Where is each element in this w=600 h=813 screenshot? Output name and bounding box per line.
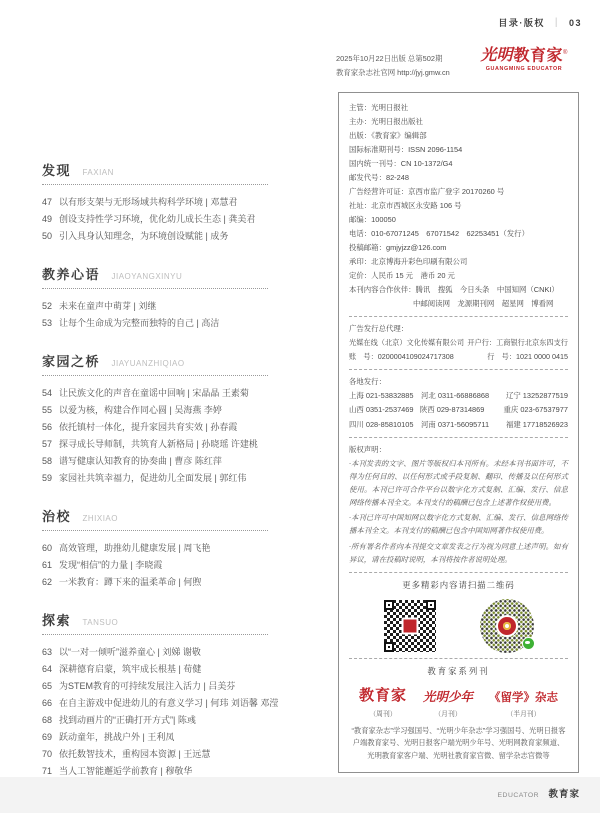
toc-item-page: 66	[42, 695, 55, 712]
section-pinyin: JIAOYANGXINYU	[111, 272, 182, 281]
toc-item-page: 55	[42, 402, 55, 419]
toc-item-text: 以“一对一倾听”滋养童心 | 刘娣 谢敬	[59, 647, 201, 657]
toc-item: 58谱写健康认知教育的协奏曲 | 曹彦 陈红萍	[42, 453, 332, 470]
agency-account-number: 账 号：0200004109024717308	[349, 350, 454, 364]
toc-item-text: 跃动童年，挑战户外 | 王利凤	[59, 732, 174, 742]
toc-item: 69跃动童年，挑战户外 | 王利凤	[42, 729, 332, 746]
toc-item-page: 52	[42, 298, 55, 315]
distribution-cell: 陕西 029-87314869	[420, 403, 504, 417]
series-row: 教育家 （周刊） 光明少年 （月刊） 《留学》杂志 （半月刊）	[349, 684, 568, 718]
agency-heading: 广告发行总代理：	[349, 322, 568, 336]
toc-item-page: 56	[42, 419, 55, 436]
distribution-cell: 河北 0311-66886868	[421, 389, 506, 403]
distribution-cell: 辽宁 13252877519	[506, 389, 568, 403]
toc-item-page: 50	[42, 228, 55, 245]
distribution-row: 四川 028-85810105 河南 0371-56095711 福建 1771…	[349, 418, 568, 432]
section-header: 探索 TANSUO	[42, 610, 332, 630]
toc-item-text: 当人工智能邂逅学前教育 | 穆敬华	[59, 766, 192, 776]
dashed-divider	[349, 316, 568, 317]
toc-item-text: 为STEM教育的可持续发展注入活力 | 吕美芬	[59, 681, 235, 691]
toc-item: 50引入具身认知理念，为环境创设赋能 | 成务	[42, 228, 332, 245]
toc-item: 62一米教育：蹲下来的温柔革命 | 何煦	[42, 574, 332, 591]
toc-item-text: 找到动画片的“正确打开方式”| 陈彧	[59, 715, 196, 725]
toc-item-text: 以有形支架与无形场域共构科学环境 | 邓慧君	[59, 197, 237, 207]
section-header: 教养心语 JIAOYANGXINYU	[42, 264, 332, 284]
toc-item-text: 深耕德育启蒙，筑牢成长根基 | 荀健	[59, 664, 201, 674]
distribution-cell: 福建 17718526923	[506, 418, 568, 432]
toc-item-page: 54	[42, 385, 55, 402]
distribution-cell: 上海 021-53832885	[349, 389, 421, 403]
toc-item-page: 49	[42, 211, 55, 228]
section-title: 家园之桥	[42, 354, 100, 369]
toc-item: 61发现“相信”的力量 | 李晓霞	[42, 557, 332, 574]
toc-item-text: 依托镇村一体化，提升家园共育实效 | 孙春霞	[59, 422, 237, 432]
agency-row: 光媒在线（北京）文化传媒有限公司 开户行：工商银行北京东四支行	[349, 336, 568, 350]
distribution-cell: 河南 0371-56095711	[421, 418, 506, 432]
dashed-divider	[349, 369, 568, 370]
colophon-box: 主管：光明日报社 主办：光明日报出版社 出版：《教育家》编辑部 国际标准期刊号：…	[338, 92, 579, 773]
toc-item: 56依托镇村一体化，提升家园共育实效 | 孙春霞	[42, 419, 332, 436]
section-pinyin: FAXIAN	[82, 168, 113, 177]
colophon-line: 邮编：100050	[349, 213, 568, 227]
dashed-divider	[349, 437, 568, 438]
dashed-divider	[349, 572, 568, 573]
colophon-line: 国内统一刊号：CN 10-1372/G4	[349, 157, 568, 171]
section-title: 探索	[42, 613, 71, 628]
toc-item-text: 创设支持性学习环境，优化幼儿成长生态 | 龚美君	[59, 214, 255, 224]
toc-item: 66在自主游戏中促进幼儿的有意义学习 | 何玮 刘语馨 邓滢	[42, 695, 332, 712]
copyright-paragraph: ·所有署名作者向本刊提交文章发表之行为视为同意上述声明。如有异议，请在投稿时说明…	[349, 541, 568, 567]
header-separator: |	[555, 17, 559, 28]
series-logo-text: 《留学》杂志	[489, 689, 558, 705]
dotted-rule	[42, 288, 268, 289]
logo-script-text: 光明	[481, 47, 513, 64]
wechat-icon	[522, 637, 535, 650]
section-pinyin: TANSUO	[82, 618, 118, 627]
colophon-line: 出版：《教育家》编辑部	[349, 129, 568, 143]
section-header: 治校 ZHIXIAO	[42, 506, 332, 526]
distribution-row: 山西 0351-2537469 陕西 029-87314869 重庆 023-6…	[349, 403, 568, 417]
colophon-line: 承印：北京博海升彩色印刷有限公司	[349, 255, 568, 269]
copyright-paragraph: ·本刊发表的文字、图片等版权归本刊所有。未经本刊书面许可，不得为任何目的、以任何…	[349, 458, 568, 509]
toc-item-page: 57	[42, 436, 55, 453]
section-pinyin: ZHIXIAO	[82, 514, 118, 523]
section-pinyin: JIAYUANZHIQIAO	[111, 359, 184, 368]
page-header: 目录·版权 | 03	[498, 16, 582, 29]
publication-date-line: 2025年10月22日出版 总第502期	[336, 52, 450, 66]
official-site-line: 教育家杂志社官网 http://jyj.gmw.cn	[336, 66, 450, 80]
toc-item-page: 70	[42, 746, 55, 763]
toc-item: 64深耕德育启蒙，筑牢成长根基 | 荀健	[42, 661, 332, 678]
toc-section-jiaoyangxinyu: 教养心语 JIAOYANGXINYU 52未来在童声中萌芽 | 刘继 53让每个…	[42, 264, 332, 332]
colophon-line: 投稿邮箱：gmjyjzz@126.com	[349, 241, 568, 255]
colophon-line: 邮发代号：82-248	[349, 171, 568, 185]
toc-item-text: 让民族文化的声音在童谣中回响 | 宋晶晶 王素菊	[59, 388, 249, 398]
toc-item-text: 探寻成长导师制，共筑育人新格局 | 孙晓瑶 许建桃	[59, 439, 258, 449]
series-frequency: （月刊）	[423, 708, 473, 718]
qr-finder-icon	[384, 600, 394, 610]
series-heading: 教育家系列刊	[349, 665, 568, 677]
section-header: 家园之桥 JIAYUANZHIQIAO	[42, 351, 332, 371]
toc-item-text: 谱写健康认知教育的协奏曲 | 曹彦 陈红萍	[59, 456, 222, 466]
breadcrumb: 目录·版权	[498, 16, 545, 29]
colophon-line: 广告经营许可证：京西市监广登字 20170260 号	[349, 185, 568, 199]
toc-item: 54让民族文化的声音在童谣中回响 | 宋晶晶 王素菊	[42, 385, 332, 402]
colophon-line: 电话：010-67071245 67071542 62253451（发行）	[349, 227, 568, 241]
dotted-rule	[42, 184, 268, 185]
qr-finder-icon	[384, 642, 394, 652]
series-accounts-list: “教育家杂志”学习强国号、“光明少年杂志”学习强国号、光明日报客户端教育家号、光…	[349, 725, 568, 763]
registered-mark-icon: ®	[563, 50, 567, 56]
distribution-heading: 各地发行：	[349, 375, 568, 389]
toc-item-page: 63	[42, 644, 55, 661]
copyright-paragraph: ·本刊已许可中国知网以数字化方式复制、汇编、发行、信息网络传播本刊全文。本刊支付…	[349, 512, 568, 538]
qr-code-official	[384, 600, 436, 652]
toc-section-tansuo: 探索 TANSUO 63以“一对一倾听”滋养童心 | 刘娣 谢敬 64深耕德育启…	[42, 610, 332, 797]
toc-item-text: 家园社共筑幸福力，促进幼儿全面发展 | 郭红伟	[59, 473, 246, 483]
toc-item: 65为STEM教育的可持续发展注入活力 | 吕美芬	[42, 678, 332, 695]
toc-item-page: 53	[42, 315, 55, 332]
toc-item: 49创设支持性学习环境，优化幼儿成长生态 | 龚美君	[42, 211, 332, 228]
toc-item-page: 47	[42, 194, 55, 211]
toc-item-text: 在自主游戏中促进幼儿的有意义学习 | 何玮 刘语馨 邓滢	[59, 698, 278, 708]
publication-info: 2025年10月22日出版 总第502期 教育家杂志社官网 http://jyj…	[336, 52, 450, 80]
partners-line-2: 中邮阅读网 龙源期刊网 超星网 博看网	[349, 297, 568, 311]
toc-item-page: 60	[42, 540, 55, 557]
dotted-rule	[42, 375, 268, 376]
toc-section-faxian: 发现 FAXIAN 47以有形支架与无形场域共构科学环境 | 邓慧君 49创设支…	[42, 160, 332, 245]
toc-item: 52未来在童声中萌芽 | 刘继	[42, 298, 332, 315]
brand-logo: 光明教育家® GUANGMING EDUCATOR	[470, 44, 578, 72]
logo-wordmark: 光明教育家®	[470, 44, 578, 65]
colophon-line: 定价：人民币 15 元 港币 20 元	[349, 269, 568, 283]
footer-brand-text: 教育家	[548, 789, 580, 800]
toc-item-page: 64	[42, 661, 55, 678]
qr-center-logo-icon	[401, 617, 418, 634]
series-item-liuxue: 《留学》杂志 （半月刊）	[489, 689, 558, 718]
logo-bold-text: 教育家	[514, 47, 564, 64]
toc-item-text: 发现“相信”的力量 | 李晓霞	[59, 560, 162, 570]
toc-item: 47以有形支架与无形场域共构科学环境 | 邓慧君	[42, 194, 332, 211]
toc-item-text: 未来在童声中萌芽 | 刘继	[59, 301, 156, 311]
agency-bank: 开户行：工商银行北京东四支行	[467, 336, 568, 350]
toc-item-page: 69	[42, 729, 55, 746]
toc-item-text: 高效管理，助推幼儿健康发展 | 周飞艳	[59, 543, 210, 553]
toc-item: 60高效管理，助推幼儿健康发展 | 周飞艳	[42, 540, 332, 557]
agency-row: 账 号：0200004109024717308 行 号：1021 0000 04…	[349, 350, 568, 364]
colophon-line: 国际标准期刊号：ISSN 2096-1154	[349, 143, 568, 157]
toc-section-jiayuanzhiqiao: 家园之桥 JIAYUANZHIQIAO 54让民族文化的声音在童谣中回响 | 宋…	[42, 351, 332, 487]
series-logo-text: 教育家	[359, 684, 407, 705]
dotted-rule	[42, 530, 268, 531]
distribution-cell: 四川 028-85810105	[349, 418, 421, 432]
toc-item-page: 58	[42, 453, 55, 470]
series-frequency: （半月刊）	[489, 708, 558, 718]
series-logo-text: 光明少年	[423, 687, 473, 705]
toc-item: 68找到动画片的“正确打开方式”| 陈彧	[42, 712, 332, 729]
dotted-rule	[42, 634, 268, 635]
agency-bank-number: 行 号：1021 0000 0415	[487, 350, 568, 364]
toc-item-text: 让每个生命成为完整而独特的自己 | 高洁	[59, 318, 219, 328]
toc-section-zhixiao: 治校 ZHIXIAO 60高效管理，助推幼儿健康发展 | 周飞艳 61发现“相信…	[42, 506, 332, 591]
toc-item: 63以“一对一倾听”滋养童心 | 刘娣 谢敬	[42, 644, 332, 661]
colophon-line: 本刊内容合作伙伴：腾讯 搜狐 今日头条 中国知网（CNKI）	[349, 283, 568, 297]
logo-subtitle: GUANGMING EDUCATOR	[470, 66, 578, 72]
copyright-heading: 版权声明：	[349, 443, 568, 457]
section-header: 发现 FAXIAN	[42, 160, 332, 180]
toc-item: 59家园社共筑幸福力，促进幼儿全面发展 | 郭红伟	[42, 470, 332, 487]
colophon-line: 社址：北京市西城区永安路 106 号	[349, 199, 568, 213]
qr-finder-icon	[426, 600, 436, 610]
footer-educator-text: EDUCATOR	[498, 792, 540, 799]
colophon-line: 主管：光明日报社	[349, 101, 568, 115]
toc-item: 53让每个生命成为完整而独特的自己 | 高洁	[42, 315, 332, 332]
page-number: 03	[569, 18, 582, 28]
agency-company: 光媒在线（北京）文化传媒有限公司	[349, 336, 464, 350]
series-item-guangmingshaonian: 光明少年 （月刊）	[423, 687, 473, 718]
toc-item: 70依托数智技术，重构园本资源 | 王远慧	[42, 746, 332, 763]
section-title: 发现	[42, 163, 71, 178]
toc-item-text: 依托数智技术，重构园本资源 | 王远慧	[59, 749, 210, 759]
series-frequency: （周刊）	[359, 708, 407, 718]
toc-item-page: 59	[42, 470, 55, 487]
section-title: 治校	[42, 509, 71, 524]
toc-item-text: 一米教育：蹲下来的温柔革命 | 何煦	[59, 577, 201, 587]
qr-code-row	[349, 599, 568, 653]
table-of-contents: 发现 FAXIAN 47以有形支架与无形场域共构科学环境 | 邓慧君 49创设支…	[42, 160, 332, 813]
magazine-page: 目录·版权 | 03 2025年10月22日出版 总第502期 教育家杂志社官网…	[0, 0, 600, 813]
section-title: 教养心语	[42, 267, 100, 282]
toc-item-text: 引入具身认知理念，为环境创设赋能 | 成务	[59, 231, 228, 241]
toc-item-page: 68	[42, 712, 55, 729]
toc-item-page: 61	[42, 557, 55, 574]
dashed-divider	[349, 658, 568, 659]
colophon-line: 主办：光明日报出版社	[349, 115, 568, 129]
qr-caption: 更多精彩内容请扫描二维码	[349, 579, 568, 591]
toc-item-page: 65	[42, 678, 55, 695]
series-item-jiaoyujia: 教育家 （周刊）	[359, 684, 407, 718]
toc-item-page: 62	[42, 574, 55, 591]
toc-item-text: 以爱为核，构建合作同心圆 | 吴海燕 李婷	[59, 405, 222, 415]
page-footer: EDUCATOR 教育家	[498, 784, 580, 802]
distribution-cell: 重庆 023-67537977	[503, 403, 568, 417]
distribution-cell: 山西 0351-2537469	[349, 403, 420, 417]
qr-sun-logo-icon	[496, 615, 518, 637]
toc-item: 55以爱为核，构建合作同心圆 | 吴海燕 李婷	[42, 402, 332, 419]
distribution-row: 上海 021-53832885 河北 0311-66886868 辽宁 1325…	[349, 389, 568, 403]
toc-item: 57探寻成长导师制，共筑育人新格局 | 孙晓瑶 许建桃	[42, 436, 332, 453]
qr-code-wechat	[480, 599, 534, 653]
